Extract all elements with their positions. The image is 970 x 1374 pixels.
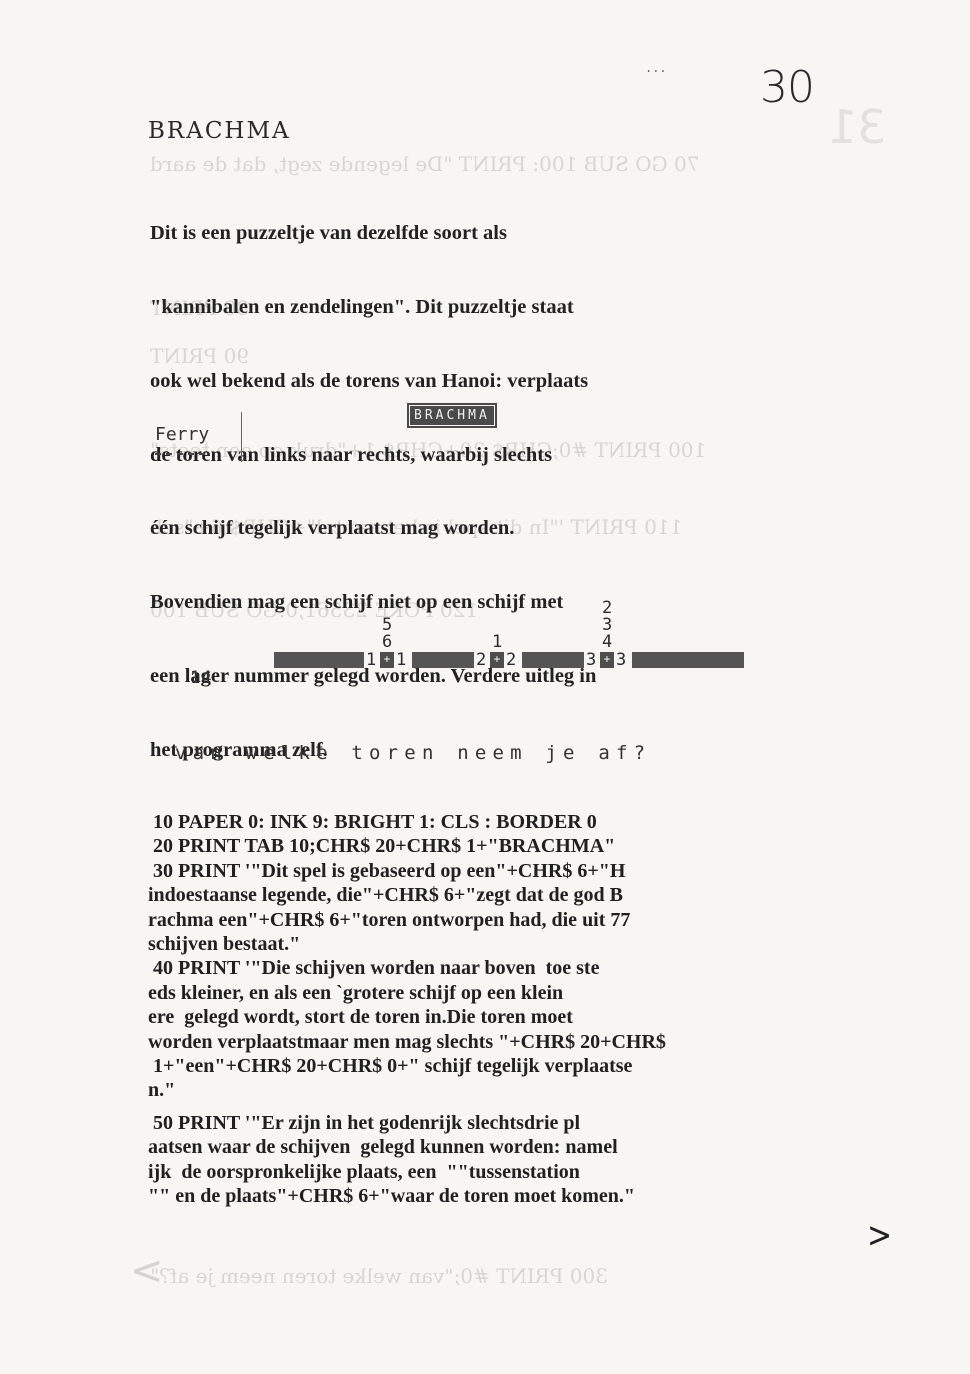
intro-line: de toren van links naar rechts, waarbij …	[150, 443, 850, 468]
listing-line: eds kleiner, en als een `grotere schijf …	[148, 981, 888, 1005]
article-title: BRACHMA	[148, 118, 291, 144]
article-intro: Dit is een puzzeltje van dezelfde soort …	[150, 172, 850, 787]
disc-number: 1	[492, 634, 502, 651]
listing-line: schijven bestaat."	[148, 932, 888, 956]
program-listing: 10 PAPER 0: INK 9: BRIGHT 1: CLS : BORDE…	[148, 810, 888, 1209]
author-name: Ferry	[155, 424, 209, 445]
intro-line: Dit is een puzzeltje van dezelfde soort …	[150, 221, 850, 246]
intro-line: Bovendien mag een schijf niet op een sch…	[150, 590, 850, 615]
bleed-through-page-number: 31	[828, 100, 887, 154]
screen-title: BRACHMA	[410, 406, 494, 425]
continue-arrow-icon: >	[867, 1215, 892, 1257]
tower-label-left: 1	[366, 652, 376, 669]
listing-line: 40 PRINT '"Die schijven worden naar bove…	[148, 956, 888, 980]
listing-line: 20 PRINT TAB 10;CHR$ 20+CHR$ 1+"BRACHMA"	[148, 834, 888, 858]
tower-label-right: 2	[506, 652, 516, 669]
margin-line	[241, 412, 242, 462]
intro-line: ook wel bekend als de torens van Hanoi: …	[150, 369, 850, 394]
listing-line: 50 PRINT '"Er zijn in het godenrijk slec…	[148, 1111, 888, 1135]
listing-line: ere gelegd wordt, stort de toren in.Die …	[148, 1005, 888, 1029]
disc-number: 4	[602, 634, 612, 651]
page-number: 30	[760, 62, 814, 113]
listing-line: ijk de oorspronkelijke plaats, een ""tus…	[148, 1160, 888, 1184]
listing-line: 1+"een"+CHR$ 20+CHR$ 0+" schijf tegelijk…	[148, 1054, 888, 1078]
listing-line: indoestaanse legende, die"+CHR$ 6+"zegt …	[148, 883, 888, 907]
listing-line: aatsen waar de schijven gelegd kunnen wo…	[148, 1135, 888, 1159]
intro-line: één schijf tegelijk verplaatst mag worde…	[150, 516, 850, 541]
listing-line: 30 PRINT '"Dit spel is gebaseerd op een"…	[148, 859, 888, 883]
listing-line: n."	[148, 1078, 888, 1102]
listing-line: "" en de plaats"+CHR$ 6+"waar de toren m…	[148, 1184, 888, 1208]
bleed-through-line: 300 PRINT #0;"van welke toren neem je af…	[150, 1264, 608, 1288]
tower-label-right: 1	[396, 652, 406, 669]
tower-label-left: 3	[586, 652, 596, 669]
tower-label-right: 3	[616, 652, 626, 669]
listing-line: rachma een"+CHR$ 6+"toren ontworpen had,…	[148, 908, 888, 932]
listing-line: worden verplaatstmaar men mag slechts "+…	[148, 1030, 888, 1054]
move-counter: 14	[190, 668, 212, 688]
listing-line: 10 PAPER 0: INK 9: BRIGHT 1: CLS : BORDE…	[148, 810, 888, 834]
disc-number: 6	[382, 634, 392, 651]
top-dots: ...	[645, 62, 667, 76]
author-underline	[155, 453, 205, 455]
game-prompt: van welke toren neem je af?	[175, 742, 651, 764]
bleed-through-arrow-icon: <	[130, 1248, 164, 1294]
intro-line: een lager nummer gelegd worden. Verdere …	[150, 664, 850, 689]
intro-line: "kannibalen en zendelingen". Dit puzzelt…	[150, 295, 850, 320]
tower-label-left: 2	[476, 652, 486, 669]
